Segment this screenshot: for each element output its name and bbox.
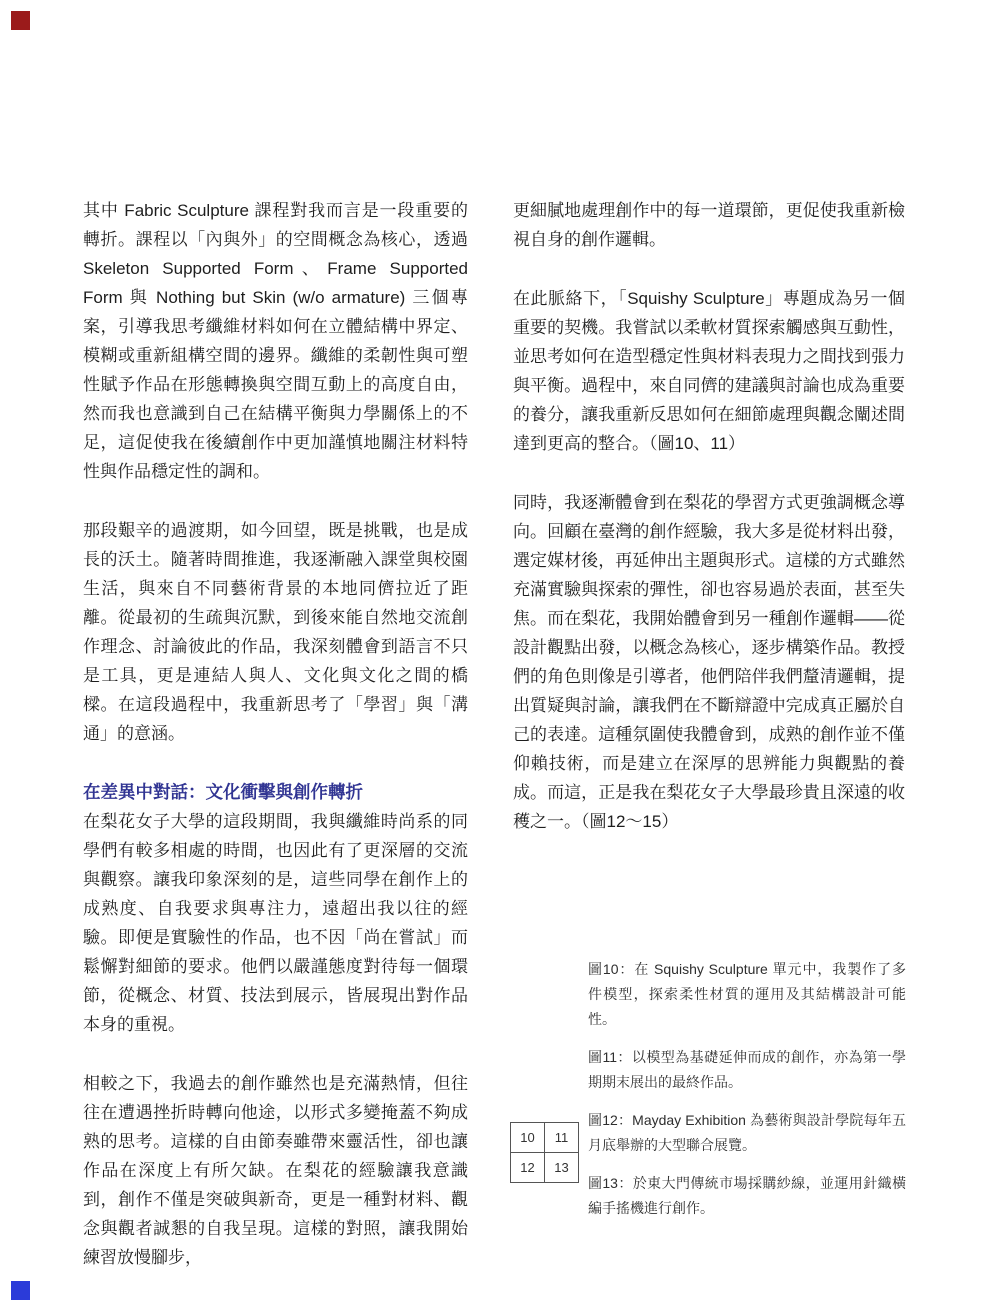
table-row: 10 11 <box>511 1123 579 1153</box>
body-paragraph: 在此脈絡下，「Squishy Sculpture」專題成為另一個重要的契機。我嘗… <box>513 284 905 458</box>
right-text-column: 更細膩地處理創作中的每一道環節，更促使我重新檢視自身的創作邏輯。 在此脈絡下，「… <box>513 196 905 866</box>
document-page: 其中 Fabric Sculpture 課程對我而言是一段重要的轉折。課程以「內… <box>0 0 983 1310</box>
body-paragraph: 相較之下，我過去的創作雖然也是充滿熱情，但往往在遭遇挫折時轉向他途，以形式多變掩… <box>83 1069 468 1272</box>
figure-index-cell: 13 <box>545 1153 579 1183</box>
table-row: 12 13 <box>511 1153 579 1183</box>
body-paragraph: 同時，我逐漸體會到在梨花的學習方式更強調概念導向。回顧在臺灣的創作經驗，我大多是… <box>513 488 905 836</box>
figure-index-cell: 11 <box>545 1123 579 1153</box>
figure-index-cell: 12 <box>511 1153 545 1183</box>
body-paragraph: 那段艱辛的過渡期，如今回望，既是挑戰，也是成長的沃土。隨著時間推進，我逐漸融入課… <box>83 516 468 748</box>
body-paragraph: 其中 Fabric Sculpture 課程對我而言是一段重要的轉折。課程以「內… <box>83 196 468 486</box>
left-text-column: 其中 Fabric Sculpture 課程對我而言是一段重要的轉折。課程以「內… <box>83 196 468 1302</box>
figure-caption-13: 圖13：於東大門傳統市場採購紗線，並運用針織橫編手搖機進行創作。 <box>588 1171 906 1221</box>
figure-caption-12: 圖12：Mayday Exhibition 為藝術與設計學院每年五月底舉辦的大型… <box>588 1108 906 1158</box>
body-paragraph: 在梨花女子大學的這段期間，我與纖維時尚系的同學們有較多相處的時間，也因此有了更深… <box>83 807 468 1039</box>
figure-index-table: 10 11 12 13 <box>510 1122 579 1183</box>
page-marker-red-square <box>11 11 30 30</box>
page-marker-blue-square <box>11 1281 30 1300</box>
body-paragraph: 更細膩地處理創作中的每一道環節，更促使我重新檢視自身的創作邏輯。 <box>513 196 905 254</box>
figure-caption-11: 圖11：以模型為基礎延伸而成的創作，亦為第一學期期末展出的最終作品。 <box>588 1045 906 1095</box>
figure-captions-block: 圖10：在 Squishy Sculpture 單元中，我製作了多件模型，探索柔… <box>588 957 906 1234</box>
figure-index-cell: 10 <box>511 1123 545 1153</box>
figure-caption-10: 圖10：在 Squishy Sculpture 單元中，我製作了多件模型，探索柔… <box>588 957 906 1032</box>
section-heading: 在差異中對話：文化衝擊與創作轉折 <box>83 778 468 807</box>
